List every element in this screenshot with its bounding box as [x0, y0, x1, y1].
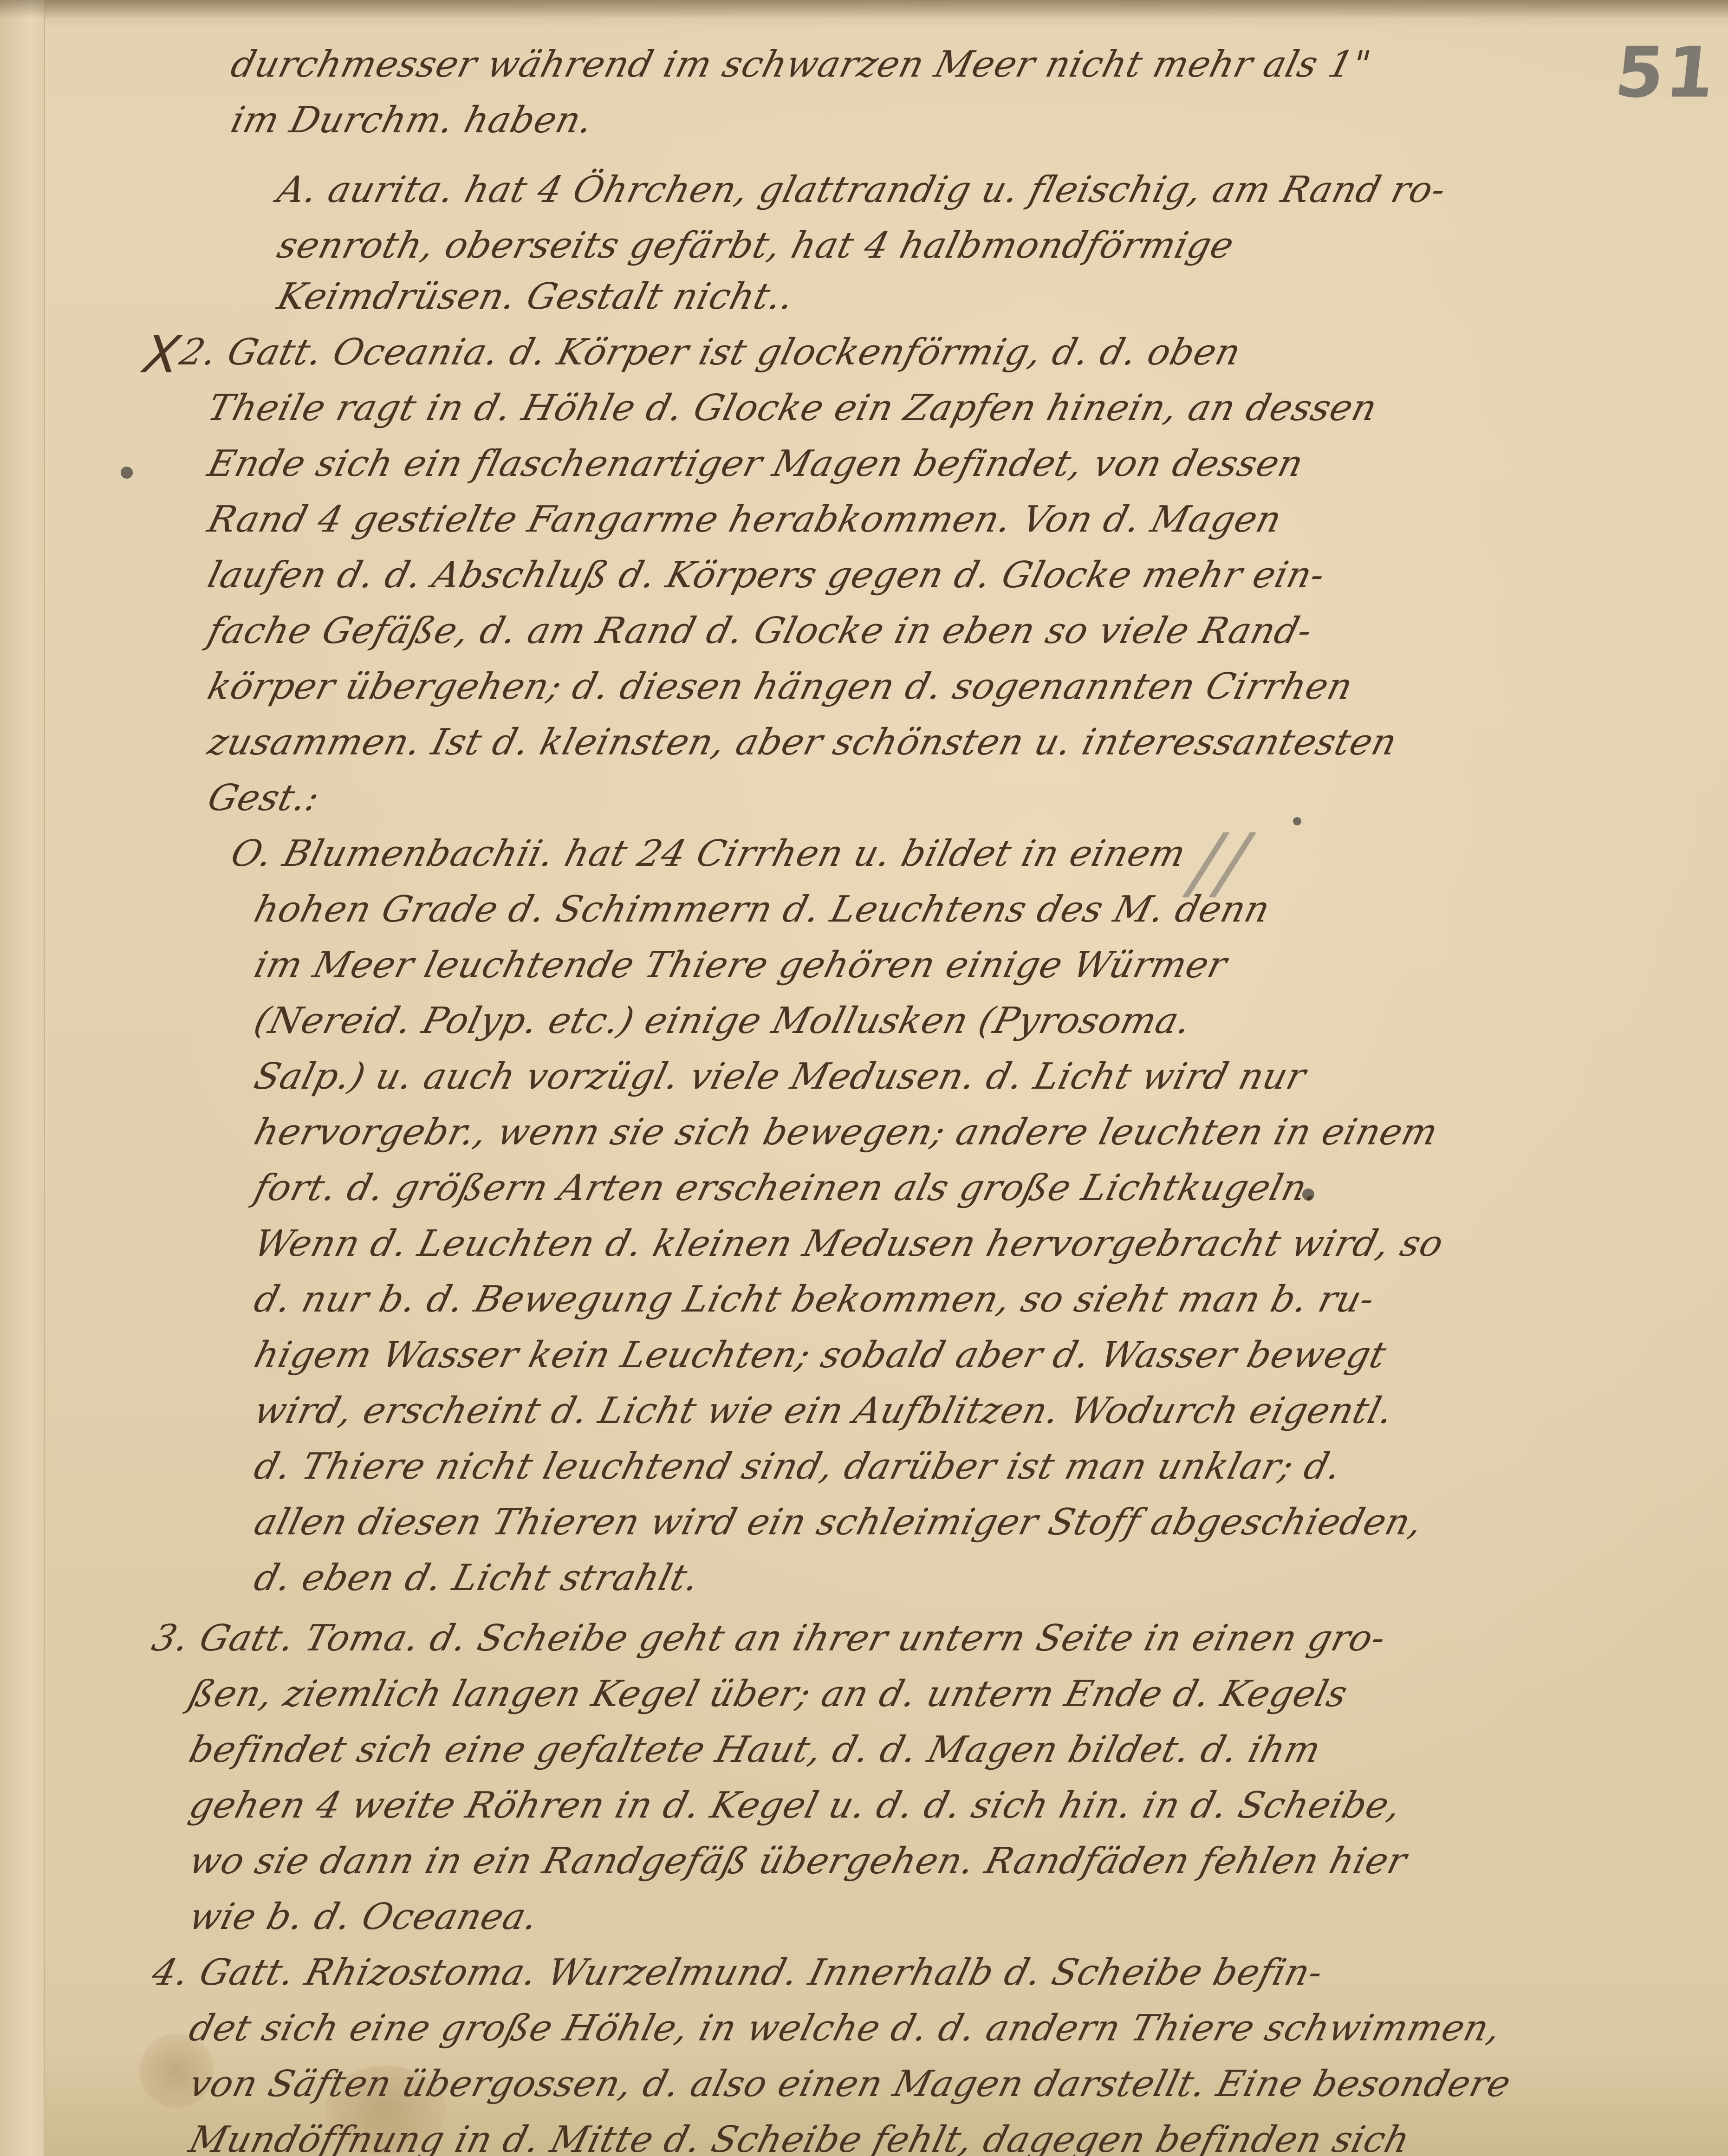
section-heading-oceania: 2. Gatt. Oceania. d. Körper ist glockenf… [176, 334, 1245, 370]
text-line: körper übergehen; d. diesen hängen d. so… [204, 669, 1357, 705]
text-line: Ende sich ein flaschenartiger Magen befi… [204, 446, 1307, 482]
text-line: befindet sich eine gefaltete Haut, d. d.… [186, 1732, 1325, 1768]
text-line: det sich eine große Höhle, in welche d. … [186, 2010, 1505, 2046]
text-line: von Säften übergossen, d. also einen Mag… [186, 2066, 1514, 2102]
text-line: d. nur b. d. Bewegung Licht bekommen, so… [251, 1281, 1378, 1318]
text-line: Wenn d. Leuchten d. kleinen Medusen herv… [251, 1226, 1447, 1262]
text-line: senroth, oberseits gefärbt, hat 4 halbmo… [274, 227, 1238, 264]
text-line: im Meer leuchtende Thiere gehören einige… [251, 947, 1231, 983]
text-line: fache Gefäße, d. am Rand d. Glocke in eb… [204, 613, 1316, 649]
text-line: Rand 4 gestielte Fangarme herabkommen. V… [204, 501, 1285, 538]
text-line: fort. d. größern Arten erscheinen als gr… [251, 1170, 1323, 1206]
text-line: laufen d. d. Abschluß d. Körpers gegen d… [204, 557, 1329, 593]
ink-blot [121, 467, 133, 479]
text-line: im Durchm. haben. [227, 102, 597, 138]
text-line: Salp.) u. auch vorzügl. viele Medusen. d… [251, 1059, 1310, 1095]
text-line: ßen, ziemlich langen Kegel über; an d. u… [186, 1676, 1351, 1712]
text-line: (Nereid. Polyp. etc.) einige Mollusken (… [251, 1003, 1195, 1039]
ink-blot [1293, 817, 1301, 825]
text-line: gehen 4 weite Röhren in d. Kegel u. d. d… [186, 1787, 1405, 1824]
text-line: Keimdrüsen. Gestalt nicht.. [274, 279, 798, 315]
section-heading-toma: 3. Gatt. Toma. d. Scheibe geht an ihrer … [149, 1620, 1389, 1656]
text-line: Theile ragt in d. Höhle d. Glocke ein Za… [204, 390, 1381, 426]
text-line: wo sie dann in ein Randgefäß übergehen. … [186, 1843, 1410, 1879]
text-line: higem Wasser kein Leuchten; sobald aber … [251, 1337, 1390, 1373]
text-line: wird, erscheint d. Licht wie ein Aufblit… [251, 1393, 1397, 1429]
section-heading-rhizostoma: 4. Gatt. Rhizostoma. Wurzelmund. Innerha… [149, 1955, 1326, 1991]
text-line: zusammen. Ist d. kleinsten, aber schönst… [204, 724, 1401, 760]
text-line: allen diesen Thieren wird ein schleimige… [251, 1504, 1426, 1540]
text-line: durchmesser während im schwarzen Meer ni… [227, 46, 1374, 83]
text-line: Gest.: [204, 780, 323, 816]
text-line: hervorgebr., wenn sie sich bewegen; ande… [251, 1114, 1442, 1150]
text-line: wie b. d. Oceanea. [186, 1899, 542, 1935]
text-line: d. eben d. Licht strahlt. [251, 1560, 703, 1596]
text-line: d. Thiere nicht leuchtend sind, darüber … [251, 1448, 1345, 1485]
section-heading-blumenbachii: O. Blumenbachii. hat 24 Cirrhen u. bilde… [227, 836, 1189, 872]
text-line: Mundöffnung in d. Mitte d. Scheibe fehlt… [186, 2122, 1414, 2156]
text-line: hohen Grade d. Schimmern d. Leuchtens de… [251, 891, 1273, 928]
manuscript-page: 51 // durchmesser während im schwarzen M… [0, 0, 1728, 2156]
page-number: 51 [1611, 32, 1721, 113]
section-heading-aurita: A. aurita. hat 4 Öhrchen, glattrandig u.… [274, 172, 1449, 208]
